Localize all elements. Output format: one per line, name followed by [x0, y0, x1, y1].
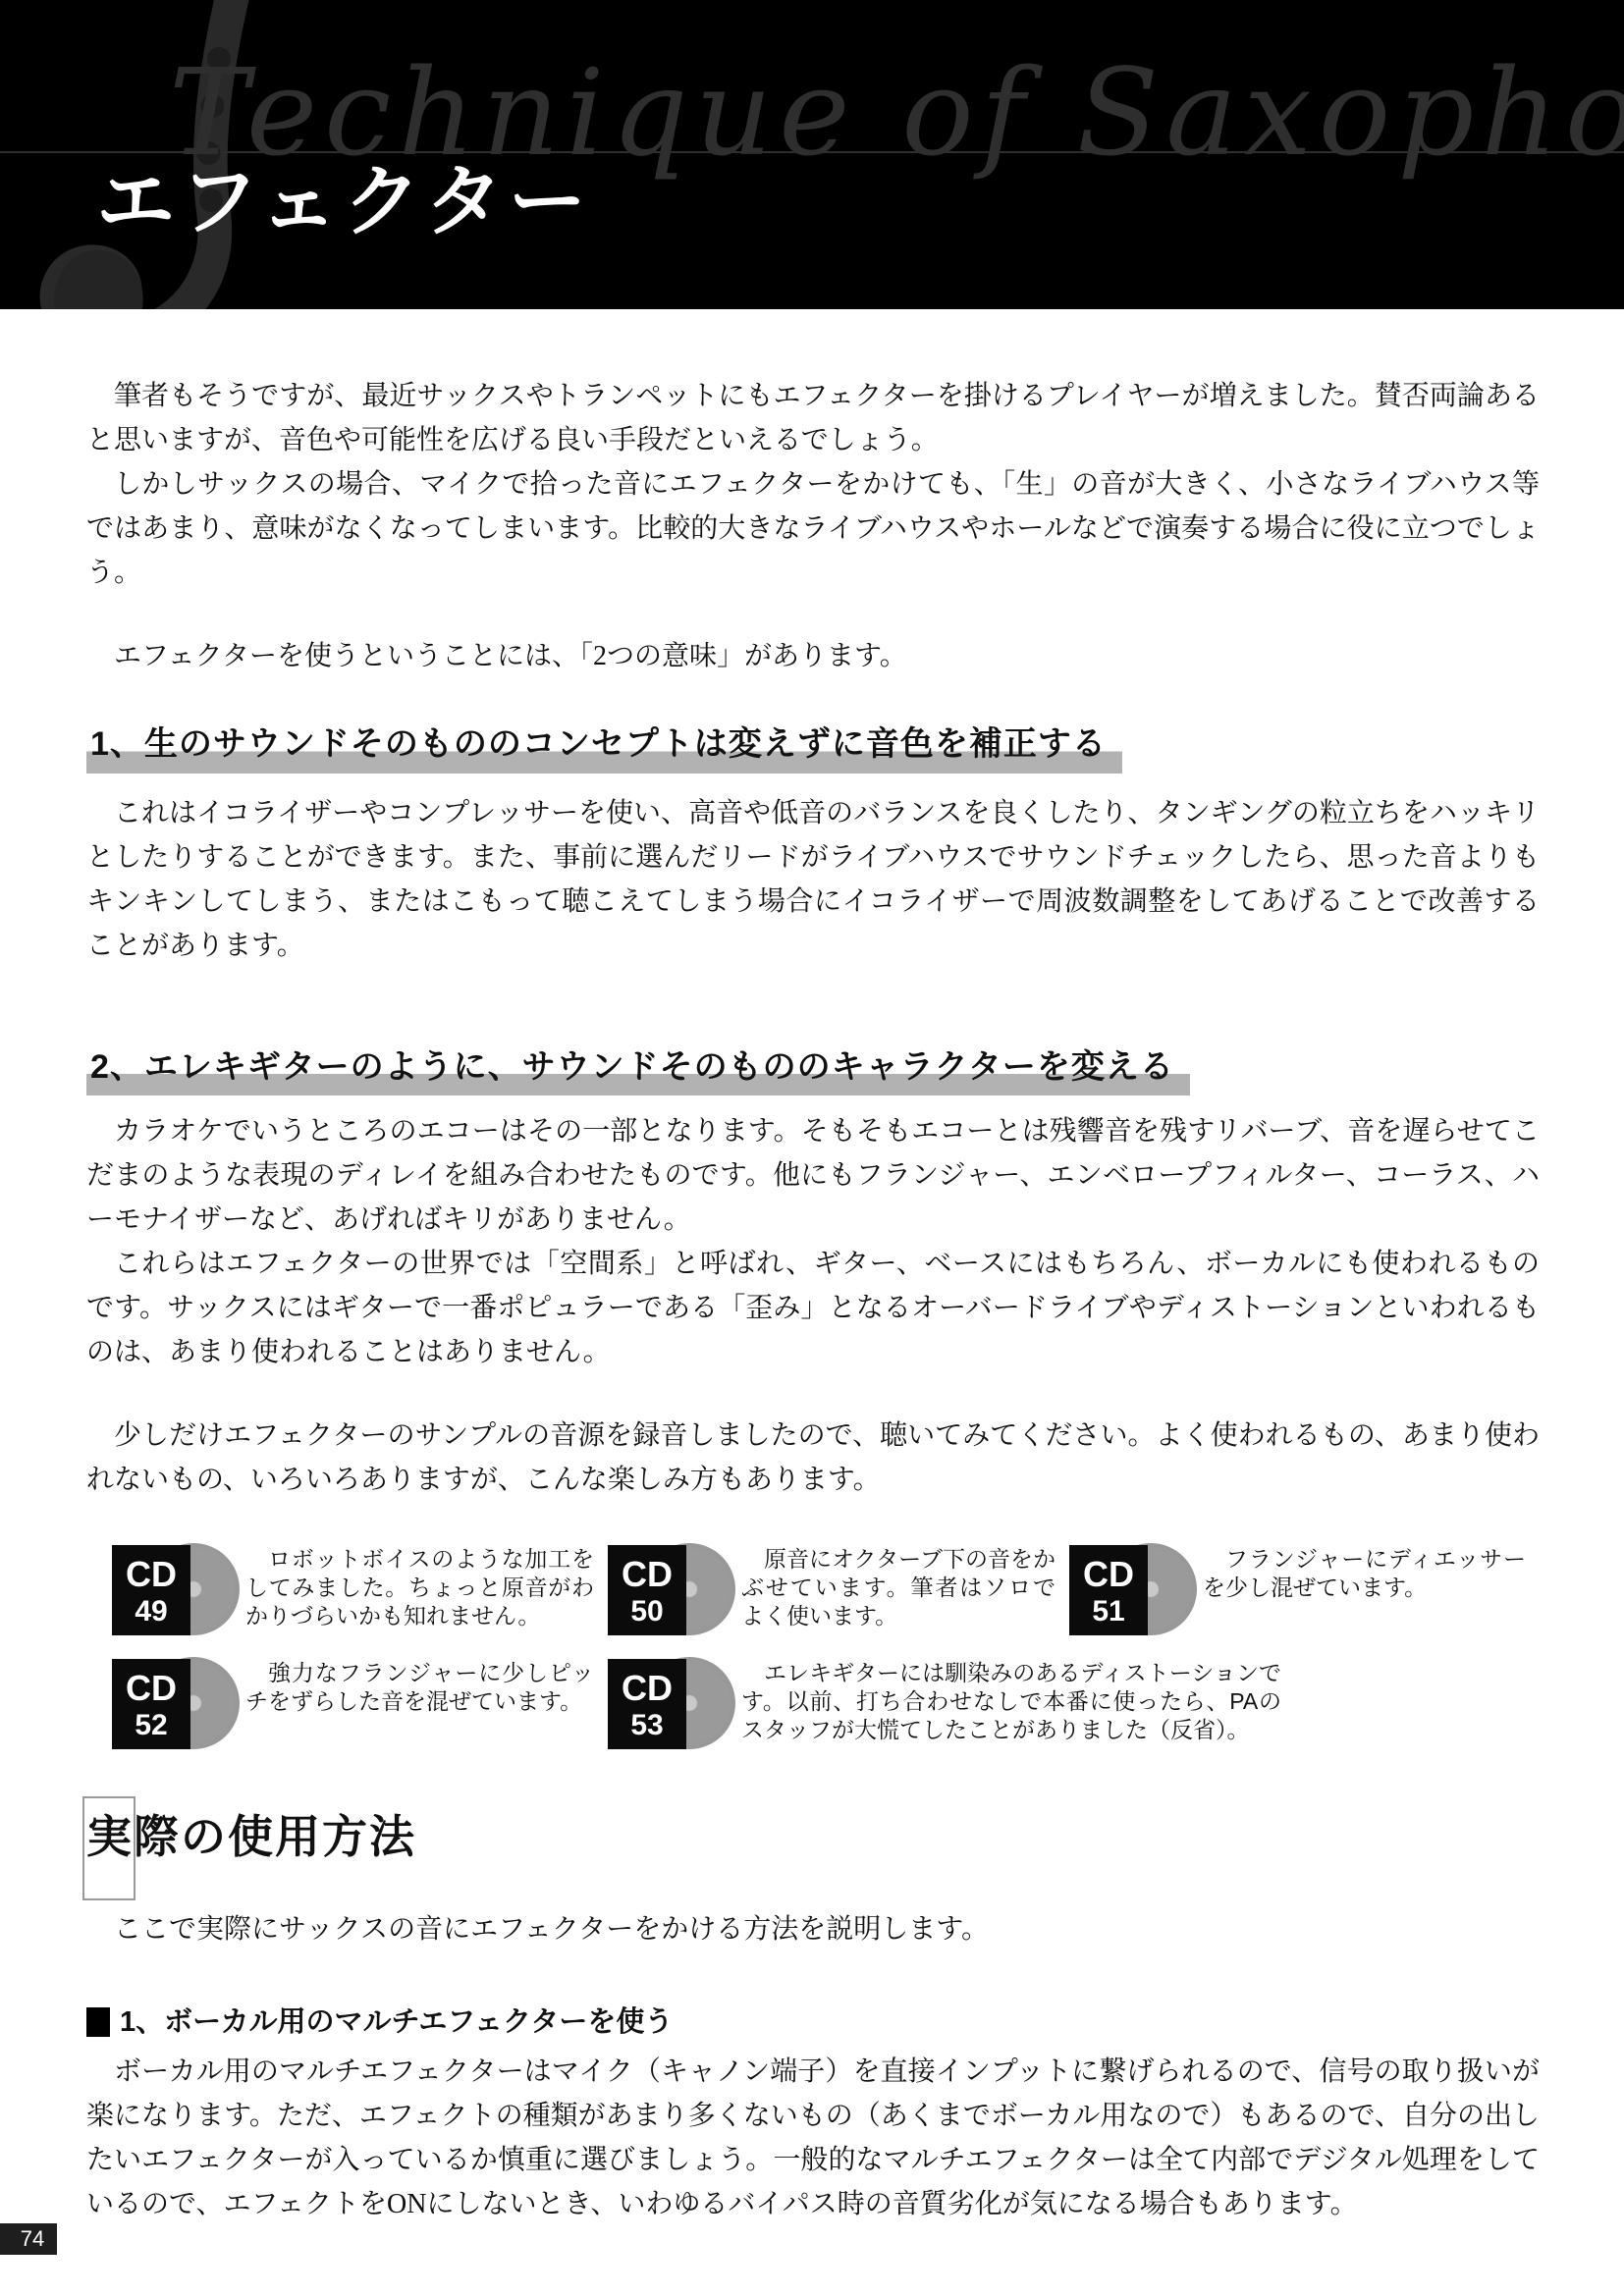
section-2-heading-row: 2、エレキギターのように、サウンドそのもののキャラクターを変える [86, 1046, 1540, 1096]
section-1-body: これはイコライザーやコンプレッサーを使い、高音や低音のバランスを良くしたり、タン… [86, 791, 1540, 968]
cd-badge-label: CD [622, 1553, 673, 1595]
cd-track-53: CD 53 エレキギターには馴染みのあるディストーションです。以前、打ち合わせな… [608, 1657, 1295, 1755]
intro-paragraph-2: しかしサックスの場合、マイクで拾った音にエフェクターをかけても、「生」の音が大き… [86, 462, 1540, 595]
cd-badge-number: 50 [630, 1595, 663, 1628]
section-1-heading-row: 1、生のサウンドそのもののコンセプトは変えずに音色を補正する [86, 723, 1540, 774]
cd-badge-50: CD 50 [608, 1543, 737, 1641]
section-2-heading: 2、エレキギターのように、サウンドそのもののキャラクターを変える [86, 1046, 1190, 1096]
cd-track-description: 原音にオクターブ下の音をかぶせています。筆者はソロでよく使います。 [737, 1543, 1069, 1641]
section-2-body-2: これらはエフェクターの世界では「空間系」と呼ばれ、ギター、ベースにはもちろん、ボ… [86, 1242, 1540, 1374]
cd-track-51: CD 51 フランジャーにディエッサーを少し混ぜています。 [1069, 1543, 1540, 1641]
cd-badge-52: CD 52 [112, 1657, 242, 1755]
cd-badge-label: CD [1083, 1553, 1134, 1595]
usage-section-heading: 実際の使用方法 [86, 1810, 1540, 1864]
cd-badge-number: 49 [135, 1595, 167, 1628]
cd-track-description: 強力なフランジャーに少しピッチをずらした音を混ぜています。 [242, 1657, 608, 1755]
square-bullet-icon [86, 2007, 110, 2037]
cd-track-49: CD 49 ロボットボイスのような加工をしてみました。ちょっと原音がわかりづらい… [112, 1543, 608, 1641]
cd-track-52: CD 52 強力なフランジャーに少しピッチをずらした音を混ぜています。 [112, 1657, 608, 1755]
cd-track-description: フランジャーにディエッサーを少し混ぜています。 [1199, 1543, 1540, 1641]
cd-badge-49: CD 49 [112, 1543, 242, 1641]
cd-track-description: ロボットボイスのような加工をしてみました。ちょっと原音がわかりづらいかも知れませ… [242, 1543, 608, 1641]
page-title: エフェクター [96, 163, 591, 241]
usage-intro-paragraph: ここで実際にサックスの音にエフェクターをかける方法を説明します。 [86, 1907, 1540, 1951]
cd-intro-paragraph: 少しだけエフェクターのサンプルの音源を録音しましたので、聴いてみてください。よく… [86, 1414, 1540, 1502]
cd-track-50: CD 50 原音にオクターブ下の音をかぶせています。筆者はソロでよく使います。 [608, 1543, 1069, 1641]
intro-paragraph-3: エフェクターを使うということには、「2つの意味」があります。 [86, 634, 1540, 678]
cd-badge-number: 52 [135, 1709, 167, 1741]
page-number-badge: 74 [0, 2223, 57, 2255]
usage-sub-body-1: ボーカル用のマルチエフェクターはマイク（キャノン端子）を直接インプットに繋げられ… [86, 2050, 1540, 2226]
section-1-heading: 1、生のサウンドそのもののコンセプトは変えずに音色を補正する [86, 723, 1122, 774]
page-content: 筆者もそうですが、最近サックスやトランペットにもエフェクターを掛けるプレイヤーが… [86, 309, 1540, 2226]
cd-badge-number: 53 [630, 1709, 663, 1741]
chapter-banner: Technique of Saxophone エフェクター [0, 0, 1624, 309]
cd-badge-label: CD [126, 1667, 177, 1709]
cd-badge-53: CD 53 [608, 1657, 737, 1755]
book-page: Technique of Saxophone エフェクター 筆者もそうですが、最… [0, 0, 1624, 2296]
cd-badge-51: CD 51 [1069, 1543, 1199, 1641]
usage-sub-heading-1: 1、ボーカル用のマルチエフェクターを使う [86, 2004, 1540, 2040]
cd-track-description: エレキギターには馴染みのあるディストーションです。以前、打ち合わせなしで本番に使… [737, 1657, 1295, 1755]
cd-track-row-2: CD 52 強力なフランジャーに少しピッチをずらした音を混ぜています。 CD 5… [112, 1657, 1540, 1755]
cd-badge-label: CD [622, 1667, 673, 1709]
cd-badge-number: 51 [1092, 1595, 1124, 1628]
cd-track-row-1: CD 49 ロボットボイスのような加工をしてみました。ちょっと原音がわかりづらい… [112, 1543, 1540, 1641]
cd-badge-label: CD [126, 1553, 177, 1595]
intro-paragraph-1: 筆者もそうですが、最近サックスやトランペットにもエフェクターを掛けるプレイヤーが… [86, 374, 1540, 462]
section-2-body-1: カラオケでいうところのエコーはその一部となります。そもそもエコーとは残響音を残す… [86, 1109, 1540, 1242]
